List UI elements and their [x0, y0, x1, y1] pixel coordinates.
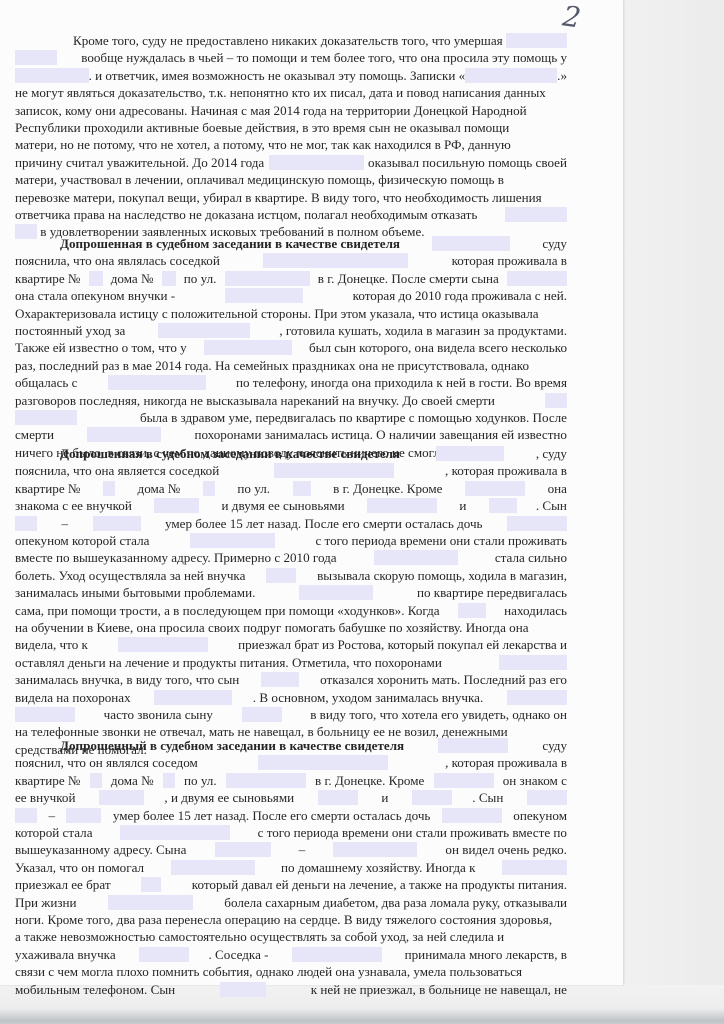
text-line: вышеуказанному адресу. Сына – он видел о… [15, 842, 567, 858]
text-line: опекуном которой стала с того периода вр… [15, 533, 567, 549]
text-line: ухаживала внучка . Соседка - принимала м… [15, 947, 567, 963]
text-segment: который давал ей деньги на лечение, а та… [189, 877, 567, 893]
text-segment: дома № [134, 481, 183, 497]
text-segment: раз, последний раз в мае 2014 года. На с… [15, 358, 529, 374]
redaction-box [527, 790, 567, 805]
text-segment: – [58, 516, 71, 532]
text-line: Указал, что он помогал по домашнему хозя… [15, 860, 567, 876]
text-line: Допрошенная в судебном заседании в качес… [60, 446, 567, 462]
text-line: Также ей известно о том, что у был сын к… [15, 340, 567, 356]
text-segment: по телефону, иногда она приходила к ней … [233, 375, 567, 391]
text-line: видела, что к приезжал брат из Ростова, … [15, 637, 567, 653]
text-segment: видела на похоронах [15, 690, 134, 706]
text-segment: стала сильно [492, 550, 567, 566]
text-segment: отказался хоронить мать. Последний раз е… [317, 672, 567, 688]
redaction-box [442, 808, 502, 823]
text-segment: она стала опекуном внучки - [15, 288, 178, 304]
text-segment: опекуном которой стала [15, 533, 153, 549]
text-line: смерти похоронами занималась истица. О н… [15, 427, 567, 443]
redaction-box [261, 672, 299, 687]
text-line: оставлял деньги на лечение и продукты пи… [15, 655, 567, 671]
text-segment: в г. Донецке. После смерти сына [314, 271, 502, 287]
text-line: вообще нуждалась в чьей – то помощи и те… [15, 50, 567, 66]
text-segment: суду [539, 236, 567, 252]
text-segment: общалась с [15, 375, 81, 391]
text-line: занималась иными бытовыми проблемами. по… [15, 585, 567, 601]
text-line: мобильным телефоном. Сын к ней не приезж… [15, 982, 567, 998]
text-segment: . Соседка - [208, 947, 271, 963]
text-segment: она [544, 481, 567, 497]
redaction-box [318, 790, 358, 805]
text-segment: пояснила, что она является соседкой [15, 463, 223, 479]
redaction-box [15, 68, 89, 83]
text-segment: и [378, 790, 392, 806]
text-line: была в здравом уме, передвигалась по ква… [15, 410, 567, 426]
redaction-box [438, 738, 508, 753]
witness-heading: Допрошенная в судебном заседании в качес… [60, 236, 400, 251]
text-segment: которой стала [15, 825, 96, 841]
redaction-box [506, 33, 567, 48]
text-segment: дома № [107, 271, 156, 287]
text-line: раз, последний раз в мае 2014 года. На с… [15, 358, 567, 374]
document-page: 2 Кроме того, суду не предоставлено ника… [0, 0, 623, 985]
redaction-box [215, 842, 271, 857]
text-line: на обучении в Киеве, она просила своих п… [15, 620, 567, 636]
redaction-box [15, 224, 37, 239]
text-line: матери, но не потому, что не хотел, а по… [15, 137, 567, 153]
text-segment: ноги. Кроме того, два раза перенесла опе… [15, 912, 552, 928]
text-segment: квартире № [15, 481, 84, 497]
text-segment: по домашнему хозяйству. Иногда к [278, 860, 479, 876]
text-segment: которая проживала в [448, 253, 567, 269]
text-line: ответчика права на наследство не доказан… [15, 207, 567, 223]
text-line: квартире № дома № по ул. в г. Донецке. К… [15, 773, 567, 789]
text-line: связи с чем могла плохо помнить события,… [15, 964, 567, 980]
text-line: а также невозможностью самостоятельно ос… [15, 929, 567, 945]
text-segment: которая до 2010 года проживала с ней. [349, 288, 567, 304]
redaction-box [162, 271, 176, 286]
text-line: – умер более 15 лет назад. После его сме… [15, 808, 567, 824]
text-segment: приезжал брат из Ростова, который покупа… [235, 637, 567, 653]
text-line: болеть. Уход осуществляла за ней внучка … [15, 568, 567, 584]
text-segment: квартире № [15, 271, 84, 287]
text-line: Кроме того, суду не предоставлено никаки… [73, 33, 567, 49]
text-segment: Допрошенный в судебном заседании в качес… [60, 738, 407, 754]
text-segment: матери, но не потому, что не хотел, а по… [15, 137, 511, 153]
redaction-box [505, 207, 567, 222]
redaction-box [139, 947, 189, 962]
redaction-box [171, 860, 255, 875]
text-segment: и двумя ее сыновьями [218, 498, 348, 514]
text-segment: вместе по вышеуказанному адресу. Примерн… [15, 550, 340, 566]
redaction-box [90, 773, 102, 788]
redaction-box [158, 323, 250, 338]
redaction-box [220, 982, 266, 997]
text-segment: оставлял деньги на лечение и продукты пи… [15, 655, 445, 671]
text-segment: связи с чем могла плохо помнить события,… [15, 964, 522, 980]
redaction-box [118, 637, 208, 652]
text-line: пояснила, что она являлась соседкой кото… [15, 253, 567, 269]
text-segment: матери, участвовал в лечении, оплачивал … [15, 172, 504, 188]
text-segment: болеть. Уход осуществляла за ней внучка [15, 568, 249, 584]
text-segment: . Сын [536, 498, 567, 514]
text-segment: .» [557, 68, 567, 84]
redaction-box [507, 271, 567, 286]
redaction-box [269, 155, 364, 170]
text-line: часто звонила сыну в виду того, что хоте… [15, 707, 567, 723]
text-segment: знакома с ее внучкой [15, 498, 135, 514]
text-segment: Охарактеризовала истицу с положительной … [15, 306, 539, 322]
redaction-box [489, 498, 517, 513]
redaction-box [99, 790, 144, 805]
text-segment: записок, кому они адресованы. Начиная с … [15, 103, 527, 119]
text-segment: приезжал ее брат [15, 877, 114, 893]
text-line: перевозке матери, покупал вещи, убирал в… [15, 190, 567, 206]
redaction-box [15, 808, 37, 823]
text-line: видела на похоронах . В основном, уходом… [15, 690, 567, 706]
text-segment: он видел очень редко. [442, 842, 567, 858]
text-segment: , суду [536, 446, 567, 462]
text-segment: на обучении в Киеве, она просила своих п… [15, 620, 529, 636]
text-segment: сама, при помощи трости, а в последующем… [15, 603, 443, 619]
text-segment: не могут являться доказательство, т.к. н… [15, 85, 546, 101]
text-segment: в г. Донецке. Кроме [330, 481, 446, 497]
text-segment: разговоров последняя, никогда не высказы… [15, 393, 498, 409]
handwritten-page-number: 2 [561, 0, 605, 35]
text-line: сама, при помощи трости, а в последующем… [15, 603, 567, 619]
text-segment: суду [539, 738, 567, 754]
text-segment: , готовила кушать, ходила в магазин за п… [279, 323, 567, 339]
text-segment: смерти [15, 427, 57, 443]
text-segment: пояснила, что она являлась соседкой [15, 253, 223, 269]
text-segment: был сын которого, она видела всего неско… [306, 340, 567, 356]
redaction-box [108, 375, 206, 390]
redaction-box [203, 481, 215, 496]
text-line: матери, участвовал в лечении, оплачивал … [15, 172, 567, 188]
text-line: постоянный уход за , готовила кушать, хо… [15, 323, 567, 339]
text-segment: умер более 15 лет назад. После его смерт… [162, 516, 486, 532]
witness-heading: Допрошенный в судебном заседании в качес… [60, 738, 404, 753]
redaction-box [412, 790, 452, 805]
text-segment: Республики проходили активные боевые дей… [15, 120, 509, 136]
redaction-box [66, 808, 101, 823]
text-segment: находилась [501, 603, 567, 619]
redaction-box [333, 842, 417, 857]
redaction-box [299, 585, 373, 600]
redaction-box [154, 690, 232, 705]
text-segment: вызывала скорую помощь, ходила в магазин… [314, 568, 567, 584]
redaction-box [108, 895, 193, 910]
redaction-box [465, 68, 557, 83]
text-segment: , которая проживала в [445, 463, 567, 479]
text-segment: занималась иными бытовыми проблемами. [15, 585, 259, 601]
redaction-box [15, 707, 75, 722]
text-segment: оказывал посильную помощь своей [365, 155, 567, 171]
redaction-box [15, 410, 77, 425]
text-line: занималась внучка, в виду того, что сын … [15, 672, 567, 688]
text-line: знакома с ее внучкой и двумя ее сыновьям… [15, 498, 567, 514]
redaction-box [434, 773, 494, 788]
text-segment: квартире № [15, 773, 84, 789]
redaction-box [225, 288, 303, 303]
text-segment: – [295, 842, 308, 858]
text-segment: . и ответчик, имея возможность не оказыв… [89, 68, 466, 84]
redaction-box [274, 463, 394, 478]
text-line: квартире № дома № по ул. в г. Донецке. П… [15, 271, 567, 287]
redaction-box [499, 655, 567, 670]
text-line: общалась с по телефону, иногда она прихо… [15, 375, 567, 391]
text-line: Допрошенная в судебном заседании в качес… [60, 236, 567, 252]
text-line: причину считал уважительной. До 2014 год… [15, 155, 567, 171]
redaction-box [163, 773, 175, 788]
text-segment: вообще нуждалась в чьей – то помощи и те… [78, 50, 567, 66]
text-line: Республики проходили активные боевые дей… [15, 120, 567, 136]
text-segment: причину считал уважительной. До 2014 год… [15, 155, 267, 171]
redaction-box [15, 50, 57, 65]
text-line: она стала опекуном внучки - которая до 2… [15, 288, 567, 304]
text-segment: в виду того, что хотела его увидеть, одн… [307, 707, 567, 723]
redaction-box [263, 253, 408, 268]
witness-heading: Допрошенная в судебном заседании в качес… [60, 446, 400, 461]
text-segment: Также ей известно о том, что у [15, 340, 190, 356]
text-segment: дома № [108, 773, 157, 789]
text-segment: опекуном [510, 808, 567, 824]
text-segment: он знаком с [499, 773, 566, 789]
redaction-box [103, 481, 115, 496]
text-segment: пояснил, что он являлся соседом [15, 755, 201, 771]
redaction-box [204, 340, 292, 355]
redaction-box [432, 236, 510, 251]
redaction-box [507, 516, 567, 531]
redaction-box [293, 481, 311, 496]
text-line: Допрошенный в судебном заседании в качес… [60, 738, 567, 754]
text-segment: видела, что к [15, 637, 91, 653]
text-segment: постоянный уход за [15, 323, 129, 339]
text-line: квартире № дома № по ул. в г. Донецке. К… [15, 481, 567, 497]
text-line: приезжал ее брат который давал ей деньги… [15, 877, 567, 893]
text-line: ноги. Кроме того, два раза перенесла опе… [15, 912, 567, 928]
text-segment: – [45, 808, 58, 824]
text-line: Охарактеризовала истицу с положительной … [15, 306, 567, 322]
text-segment: часто звонила сыну [100, 707, 216, 723]
text-segment: болела сахарным диабетом, два раза ломал… [221, 895, 567, 911]
redaction-box [458, 603, 486, 618]
redaction-box [507, 690, 567, 705]
text-segment: по ул. [181, 773, 220, 789]
text-segment: занималась внучка, в виду того, что сын [15, 672, 243, 688]
scanner-background-right [623, 0, 724, 1024]
text-segment: с того периода времени они стали прожива… [312, 533, 567, 549]
redaction-box [87, 427, 161, 442]
text-line: ее внучкой , и двумя ее сыновьями и . Сы… [15, 790, 567, 806]
redaction-box [154, 498, 199, 513]
text-line: При жизни болела сахарным диабетом, два … [15, 895, 567, 911]
text-segment: а также невозможностью самостоятельно ос… [15, 929, 504, 945]
text-segment: похоронами занималась истица. О наличии … [191, 427, 567, 443]
text-segment: перевозке матери, покупал вещи, убирал в… [15, 190, 542, 206]
redaction-box [258, 755, 388, 770]
text-line: – умер более 15 лет назад. После его сме… [15, 516, 567, 532]
text-line: которой стала с того периода времени они… [15, 825, 567, 841]
text-line: пояснил, что он являлся соседом , котора… [15, 755, 567, 771]
redaction-box [93, 516, 141, 531]
redaction-box [374, 550, 458, 565]
text-segment: по ул. [234, 481, 273, 497]
text-line: вместе по вышеуказанному адресу. Примерн… [15, 550, 567, 566]
redaction-box [367, 498, 437, 513]
redaction-box [120, 825, 230, 840]
text-segment: была в здравом уме, передвигалась по ква… [137, 410, 567, 426]
redaction-box [502, 860, 567, 875]
text-segment: ухаживала внучка [15, 947, 119, 963]
text-segment: ответчика права на наследство не доказан… [15, 207, 481, 223]
text-segment: Указал, что он помогал [15, 860, 147, 876]
redaction-box [292, 947, 382, 962]
redaction-box [225, 271, 310, 286]
text-line: записок, кому они адресованы. Начиная с … [15, 103, 567, 119]
text-segment: Допрошенная в судебном заседании в качес… [60, 446, 403, 462]
text-line: разговоров последняя, никогда не высказы… [15, 393, 567, 409]
text-segment: вышеуказанному адресу. Сына [15, 842, 190, 858]
text-segment: по квартире передвигалась [414, 585, 567, 601]
text-segment: мобильным телефоном. Сын [15, 982, 178, 998]
redaction-box [266, 568, 296, 583]
text-line: . и ответчик, имея возможность не оказыв… [15, 68, 567, 84]
redaction-box [141, 877, 161, 892]
text-segment: и [456, 498, 470, 514]
redaction-box [89, 271, 103, 286]
redaction-box [15, 516, 37, 531]
redaction-box [190, 533, 275, 548]
text-segment: к ней не приезжал, в больнице не навещал… [308, 982, 567, 998]
redaction-box [545, 393, 567, 408]
text-line: не могут являться доказательство, т.к. н… [15, 85, 567, 101]
text-segment: с того периода времени они стали прожива… [254, 825, 567, 841]
text-segment: , которая проживала в [445, 755, 567, 771]
text-segment: Допрошенная в судебном заседании в качес… [60, 236, 403, 252]
redaction-box [226, 773, 306, 788]
text-segment: . В основном, уходом занималась внучка. [253, 690, 487, 706]
redaction-box [242, 707, 282, 722]
text-line: пояснила, что она является соседкой , ко… [15, 463, 567, 479]
text-segment: , и двумя ее сыновьями [164, 790, 297, 806]
text-segment: Кроме того, суду не предоставлено никаки… [73, 33, 506, 49]
text-segment: ее внучкой [15, 790, 79, 806]
text-segment: . Сын [472, 790, 506, 806]
text-segment: принимала много лекарств, в [401, 947, 567, 963]
redaction-box [465, 481, 525, 496]
text-segment: При жизни [15, 895, 80, 911]
text-segment: умер более 15 лет назад. После его смерт… [110, 808, 434, 824]
text-segment: в г. Донецке. Кроме [312, 773, 428, 789]
text-segment: по ул. [181, 271, 220, 287]
redaction-box [436, 446, 504, 461]
